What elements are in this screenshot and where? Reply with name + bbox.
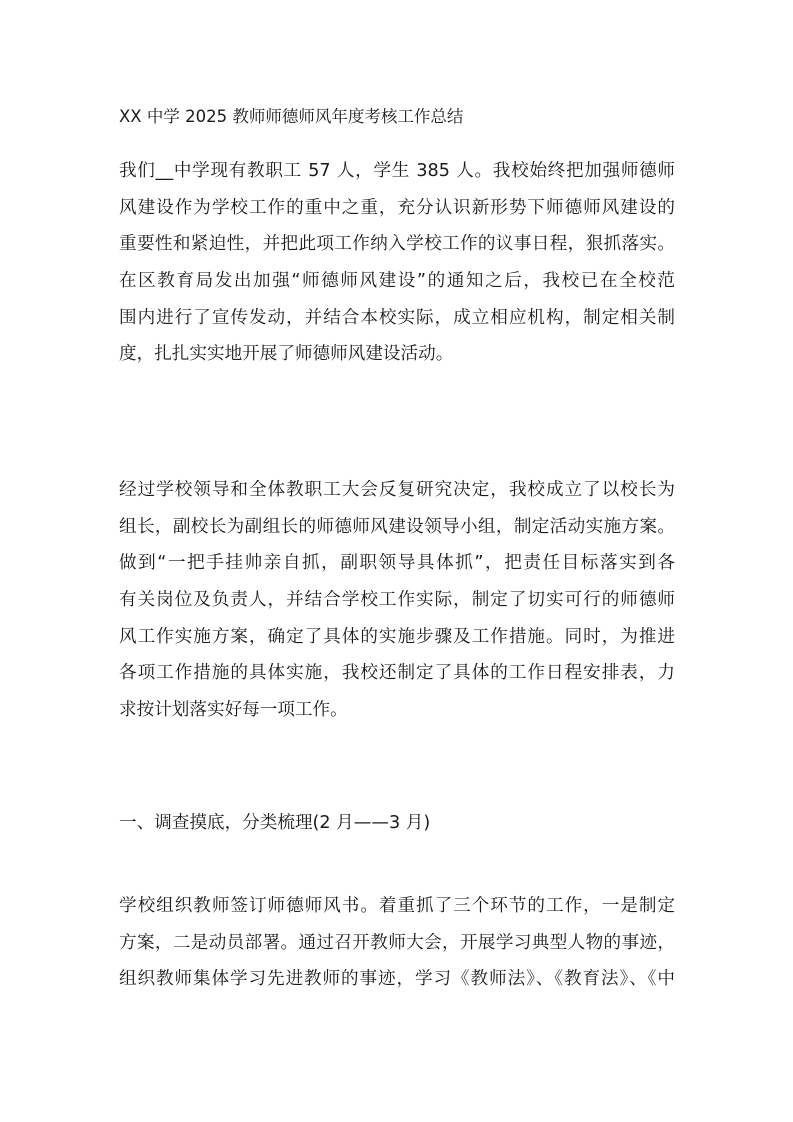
paragraph-intro: 我们__中学现有教职工 57 人，学生 385 人。我校始终把加强师德师 风建设… [119,153,675,373]
text-line: 求按计划落实好每一项工作。 [119,692,675,729]
text-line: 在区教育局发出加强“师德师风建设”的通知之后，我校已在全校范 [119,263,675,300]
section-heading: 一、调查摸底，分类梳理(2 月——3 月) [119,805,675,842]
text-line: 各项工作措施的具体实施，我校还制定了具体的工作日程安排表，力 [119,655,675,692]
text-line: 重要性和紧迫性，并把此项工作纳入学校工作的议事日程，狠抓落实。 [119,226,675,263]
document-page: XX 中学 2025 教师师德师风年度考核工作总结 我们__中学现有教职工 57… [0,0,793,1122]
text-line: 学校组织教师签订师德师风书。着重抓了三个环节的工作，一是制定 [119,888,675,925]
text-line: 度，扎扎实实地开展了师德师风建设活动。 [119,336,675,373]
text-line: 组织教师集体学习先进教师的事迹，学习《教师法》、《教育法》、《中 [119,961,675,998]
text-line: 风建设作为学校工作的重中之重，充分认识新形势下师德师风建设的 [119,190,675,227]
text-line: 方案，二是动员部署。通过召开教师大会，开展学习典型人物的事迹， [119,925,675,962]
paragraph-section-one: 学校组织教师签订师德师风书。着重抓了三个环节的工作，一是制定 方案，二是动员部署… [119,888,675,998]
text-line: 经过学校领导和全体教职工大会反复研究决定，我校成立了以校长为 [119,472,675,509]
text-line: 做到“一把手挂帅亲自抓，副职领导具体抓”，把责任目标落实到各 [119,545,675,582]
text-line: 风工作实施方案，确定了具体的实施步骤及工作措施。同时，为推进 [119,619,675,656]
document-title: XX 中学 2025 教师师德师风年度考核工作总结 [119,106,675,128]
text-line: 组长，副校长为副组长的师德师风建设领导小组，制定活动实施方案。 [119,509,675,546]
paragraph-leadership: 经过学校领导和全体教职工大会反复研究决定，我校成立了以校长为 组长，副校长为副组… [119,472,675,729]
text-line: 我们__中学现有教职工 57 人，学生 385 人。我校始终把加强师德师 [119,153,675,190]
text-line: 围内进行了宣传发动，并结合本校实际，成立相应机构，制定相关制 [119,300,675,337]
text-line: 有关岗位及负责人，并结合学校工作实际，制定了切实可行的师德师 [119,582,675,619]
